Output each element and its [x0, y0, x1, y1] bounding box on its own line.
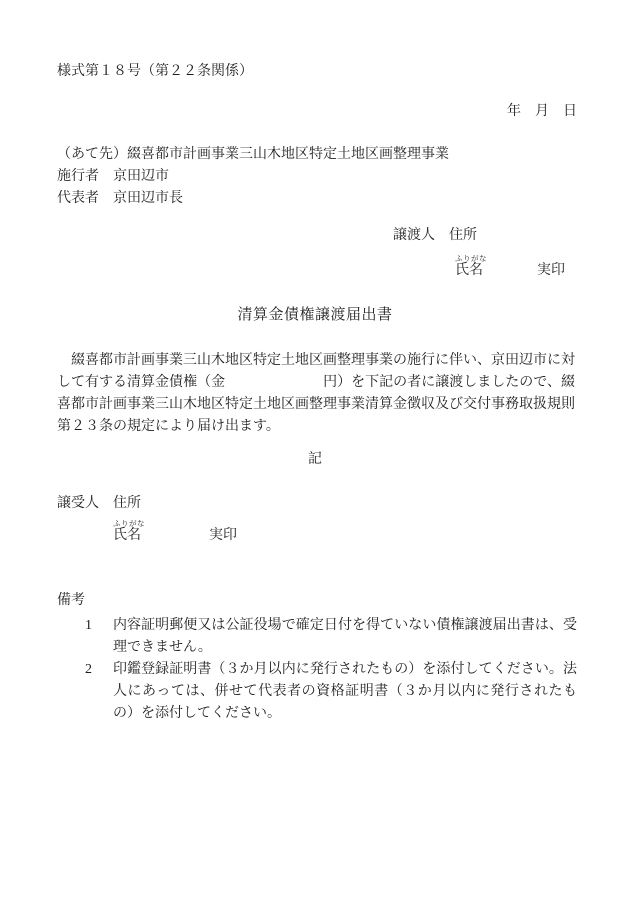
remark-item-2: 2 印鑑登録証明書（３か月以内に発行されたもの）を添付してください。法人にあって…	[85, 659, 577, 725]
transferee-signature-block: 譲受人住所 ふりがな 氏名 実印	[57, 496, 237, 544]
remarks-list: 1 内容証明郵便又は公証役場で確定日付を得ていない債権譲渡届出書は、受理できませ…	[85, 615, 577, 725]
transferor-name-row: ふりがな 氏名 実印	[455, 254, 565, 279]
remark-item-2-text: 印鑑登録証明書（３か月以内に発行されたもの）を添付してください。法人にあっては、…	[113, 659, 577, 725]
transferee-role-label: 譲受人	[57, 496, 99, 511]
remark-item-1: 1 内容証明郵便又は公証役場で確定日付を得ていない債権譲渡届出書は、受理できませ…	[85, 615, 577, 659]
date-line: 年 月 日	[0, 104, 577, 120]
transferor-name-with-furigana: ふりがな 氏名	[455, 254, 487, 279]
transferor-name-label: 氏名	[455, 263, 487, 279]
remark-item-1-number: 1	[85, 615, 113, 659]
transferee-name-label: 氏名	[113, 528, 145, 544]
record-heading: 記	[0, 452, 630, 468]
transferor-role-address-row: 譲渡人住所	[393, 228, 565, 244]
remark-item-2-number: 2	[85, 659, 113, 725]
transferee-furigana-label: ふりがな	[113, 519, 145, 528]
transferee-role-address-row: 譲受人住所	[57, 496, 237, 512]
transferee-name-with-furigana: ふりがな 氏名	[113, 519, 145, 544]
transferee-address-label: 住所	[113, 496, 141, 511]
body-paragraph: 綴喜都市計画事業三山木地区特定土地区画整理事業の施行に伴い、京田辺市に対して有す…	[57, 350, 575, 438]
transferor-furigana-label: ふりがな	[455, 254, 487, 263]
remarks-heading: 備考	[57, 593, 85, 609]
executor-line: 施行者 京田辺市	[57, 169, 169, 185]
document-title: 清算金債権譲渡届出書	[0, 307, 630, 323]
transferee-seal-label: 実印	[209, 528, 237, 544]
addressee-line: （あて先）綴喜都市計画事業三山木地区特定土地区画整理事業	[57, 147, 449, 163]
representative-line: 代表者 京田辺市長	[57, 191, 183, 207]
form-number: 様式第１８号（第２２条関係）	[57, 64, 253, 80]
transferor-seal-label: 実印	[537, 263, 565, 279]
transferee-name-row: ふりがな 氏名 実印	[113, 519, 237, 544]
remark-item-1-text: 内容証明郵便又は公証役場で確定日付を得ていない債権譲渡届出書は、受理できません。	[113, 615, 577, 659]
document-page: 様式第１８号（第２２条関係） 年 月 日 （あて先）綴喜都市計画事業三山木地区特…	[0, 0, 630, 915]
transferor-signature-block: 譲渡人住所 ふりがな 氏名 実印	[393, 228, 565, 279]
transferor-role-label: 譲渡人	[393, 228, 435, 243]
transferor-address-label: 住所	[449, 228, 477, 243]
